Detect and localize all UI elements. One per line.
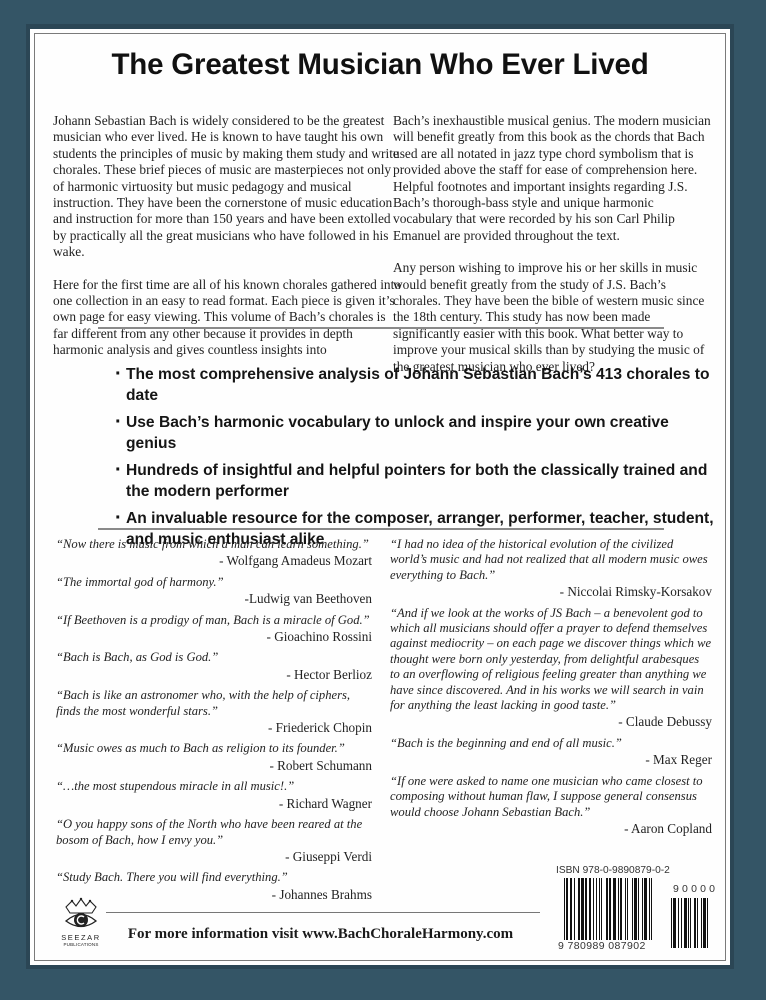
- intro-paragraph: Johann Sebastian Bach is widely consider…: [53, 113, 403, 261]
- addon-barcode-bars: [671, 898, 720, 948]
- quote: “Bach is the beginning and end of all mu…: [390, 736, 712, 768]
- quote-author: - Giuseppi Verdi: [56, 849, 372, 864]
- intro-column-left: Johann Sebastian Bach is widely consider…: [53, 113, 403, 375]
- intro-paragraph: Any person wishing to improve his or her…: [393, 260, 713, 375]
- quote-author: - Hector Berlioz: [56, 667, 372, 682]
- bullets-top-divider: [98, 327, 664, 329]
- quote: “And if we look at the works of JS Bach …: [390, 606, 712, 730]
- quote-text: “And if we look at the works of JS Bach …: [390, 606, 712, 714]
- quote: “…the most stupendous miracle in all mus…: [56, 779, 372, 811]
- quote: “I had no idea of the historical evoluti…: [390, 537, 712, 600]
- quote-author: - Robert Schumann: [56, 758, 372, 773]
- quotes-column-left: “Now there is music from which a man can…: [56, 537, 372, 908]
- feature-bullet: Use Bach’s harmonic vocabulary to unlock…: [116, 413, 716, 454]
- website-footer: For more information visit www.BachChora…: [98, 926, 543, 943]
- quote-text: “Bach is like an astronomer who, with th…: [56, 688, 372, 719]
- ean-barcode-bars: [564, 878, 658, 948]
- quote-author: -Ludwig van Beethoven: [56, 591, 372, 606]
- back-cover-page: The Greatest Musician Who Ever Lived Joh…: [30, 29, 730, 965]
- quote: “If Beethoven is a prodigy of man, Bach …: [56, 613, 372, 645]
- quote: “Now there is music from which a man can…: [56, 537, 372, 569]
- quote: “Bach is Bach, as God is God.” - Hector …: [56, 650, 372, 682]
- quote-author: - Niccolai Rimsky-Korsakov: [390, 584, 712, 599]
- publisher-logo: SEEZAR PUBLICATIONS: [58, 897, 104, 953]
- page-title: The Greatest Musician Who Ever Lived: [30, 48, 730, 82]
- price-addon-digits: 90000: [673, 883, 718, 895]
- quote: “Bach is like an astronomer who, with th…: [56, 688, 372, 735]
- quote: “Music owes as much to Bach as religion …: [56, 741, 372, 773]
- quote-author: - Friederick Chopin: [56, 720, 372, 735]
- footer-divider: [106, 912, 540, 913]
- quote-text: “Music owes as much to Bach as religion …: [56, 741, 372, 756]
- feature-bullet: The most comprehensive analysis of Johan…: [116, 365, 716, 406]
- bullets-bottom-divider: [98, 528, 664, 530]
- quote: “If one were asked to name one musician …: [390, 774, 712, 837]
- quote-text: “If Beethoven is a prodigy of man, Bach …: [56, 613, 372, 628]
- quote-text: “If one were asked to name one musician …: [390, 774, 712, 820]
- quote-text: “Bach is Bach, as God is God.”: [56, 650, 372, 665]
- feature-bullet: Hundreds of insightful and helpful point…: [116, 461, 716, 502]
- intro-paragraph: Bach’s inexhaustible musical genius. The…: [393, 113, 713, 244]
- quote-author: - Aaron Copland: [390, 821, 712, 836]
- quotes-column-right: “I had no idea of the historical evoluti…: [390, 537, 712, 842]
- quote-text: “The immortal god of harmony.”: [56, 575, 372, 590]
- quote-text: “…the most stupendous miracle in all mus…: [56, 779, 372, 794]
- quote: “O you happy sons of the North who have …: [56, 817, 372, 864]
- quote-author: - Max Reger: [390, 752, 712, 767]
- quote-text: “Study Bach. There you will find everyth…: [56, 870, 372, 885]
- quote-author: - Claude Debussy: [390, 714, 712, 729]
- intro-paragraph: Here for the first time are all of his k…: [53, 277, 403, 359]
- quote: “The immortal god of harmony.” -Ludwig v…: [56, 575, 372, 607]
- isbn-label: ISBN 978-0-9890879-0-2: [556, 865, 670, 876]
- quote-author: - Wolfgang Amadeus Mozart: [56, 553, 372, 568]
- quote-text: “Bach is the beginning and end of all mu…: [390, 736, 712, 751]
- ean-digits: 9 780989 087902: [556, 940, 664, 952]
- quote-author: - Gioachino Rossini: [56, 629, 372, 644]
- intro-column-right: Bach’s inexhaustible musical genius. The…: [393, 113, 713, 391]
- quote-text: “I had no idea of the historical evoluti…: [390, 537, 712, 583]
- isbn-barcode: ISBN 978-0-9890879-0-2: [556, 865, 726, 955]
- quote-author: - Richard Wagner: [56, 796, 372, 811]
- quote-text: “Now there is music from which a man can…: [56, 537, 372, 552]
- quote-text: “O you happy sons of the North who have …: [56, 817, 372, 848]
